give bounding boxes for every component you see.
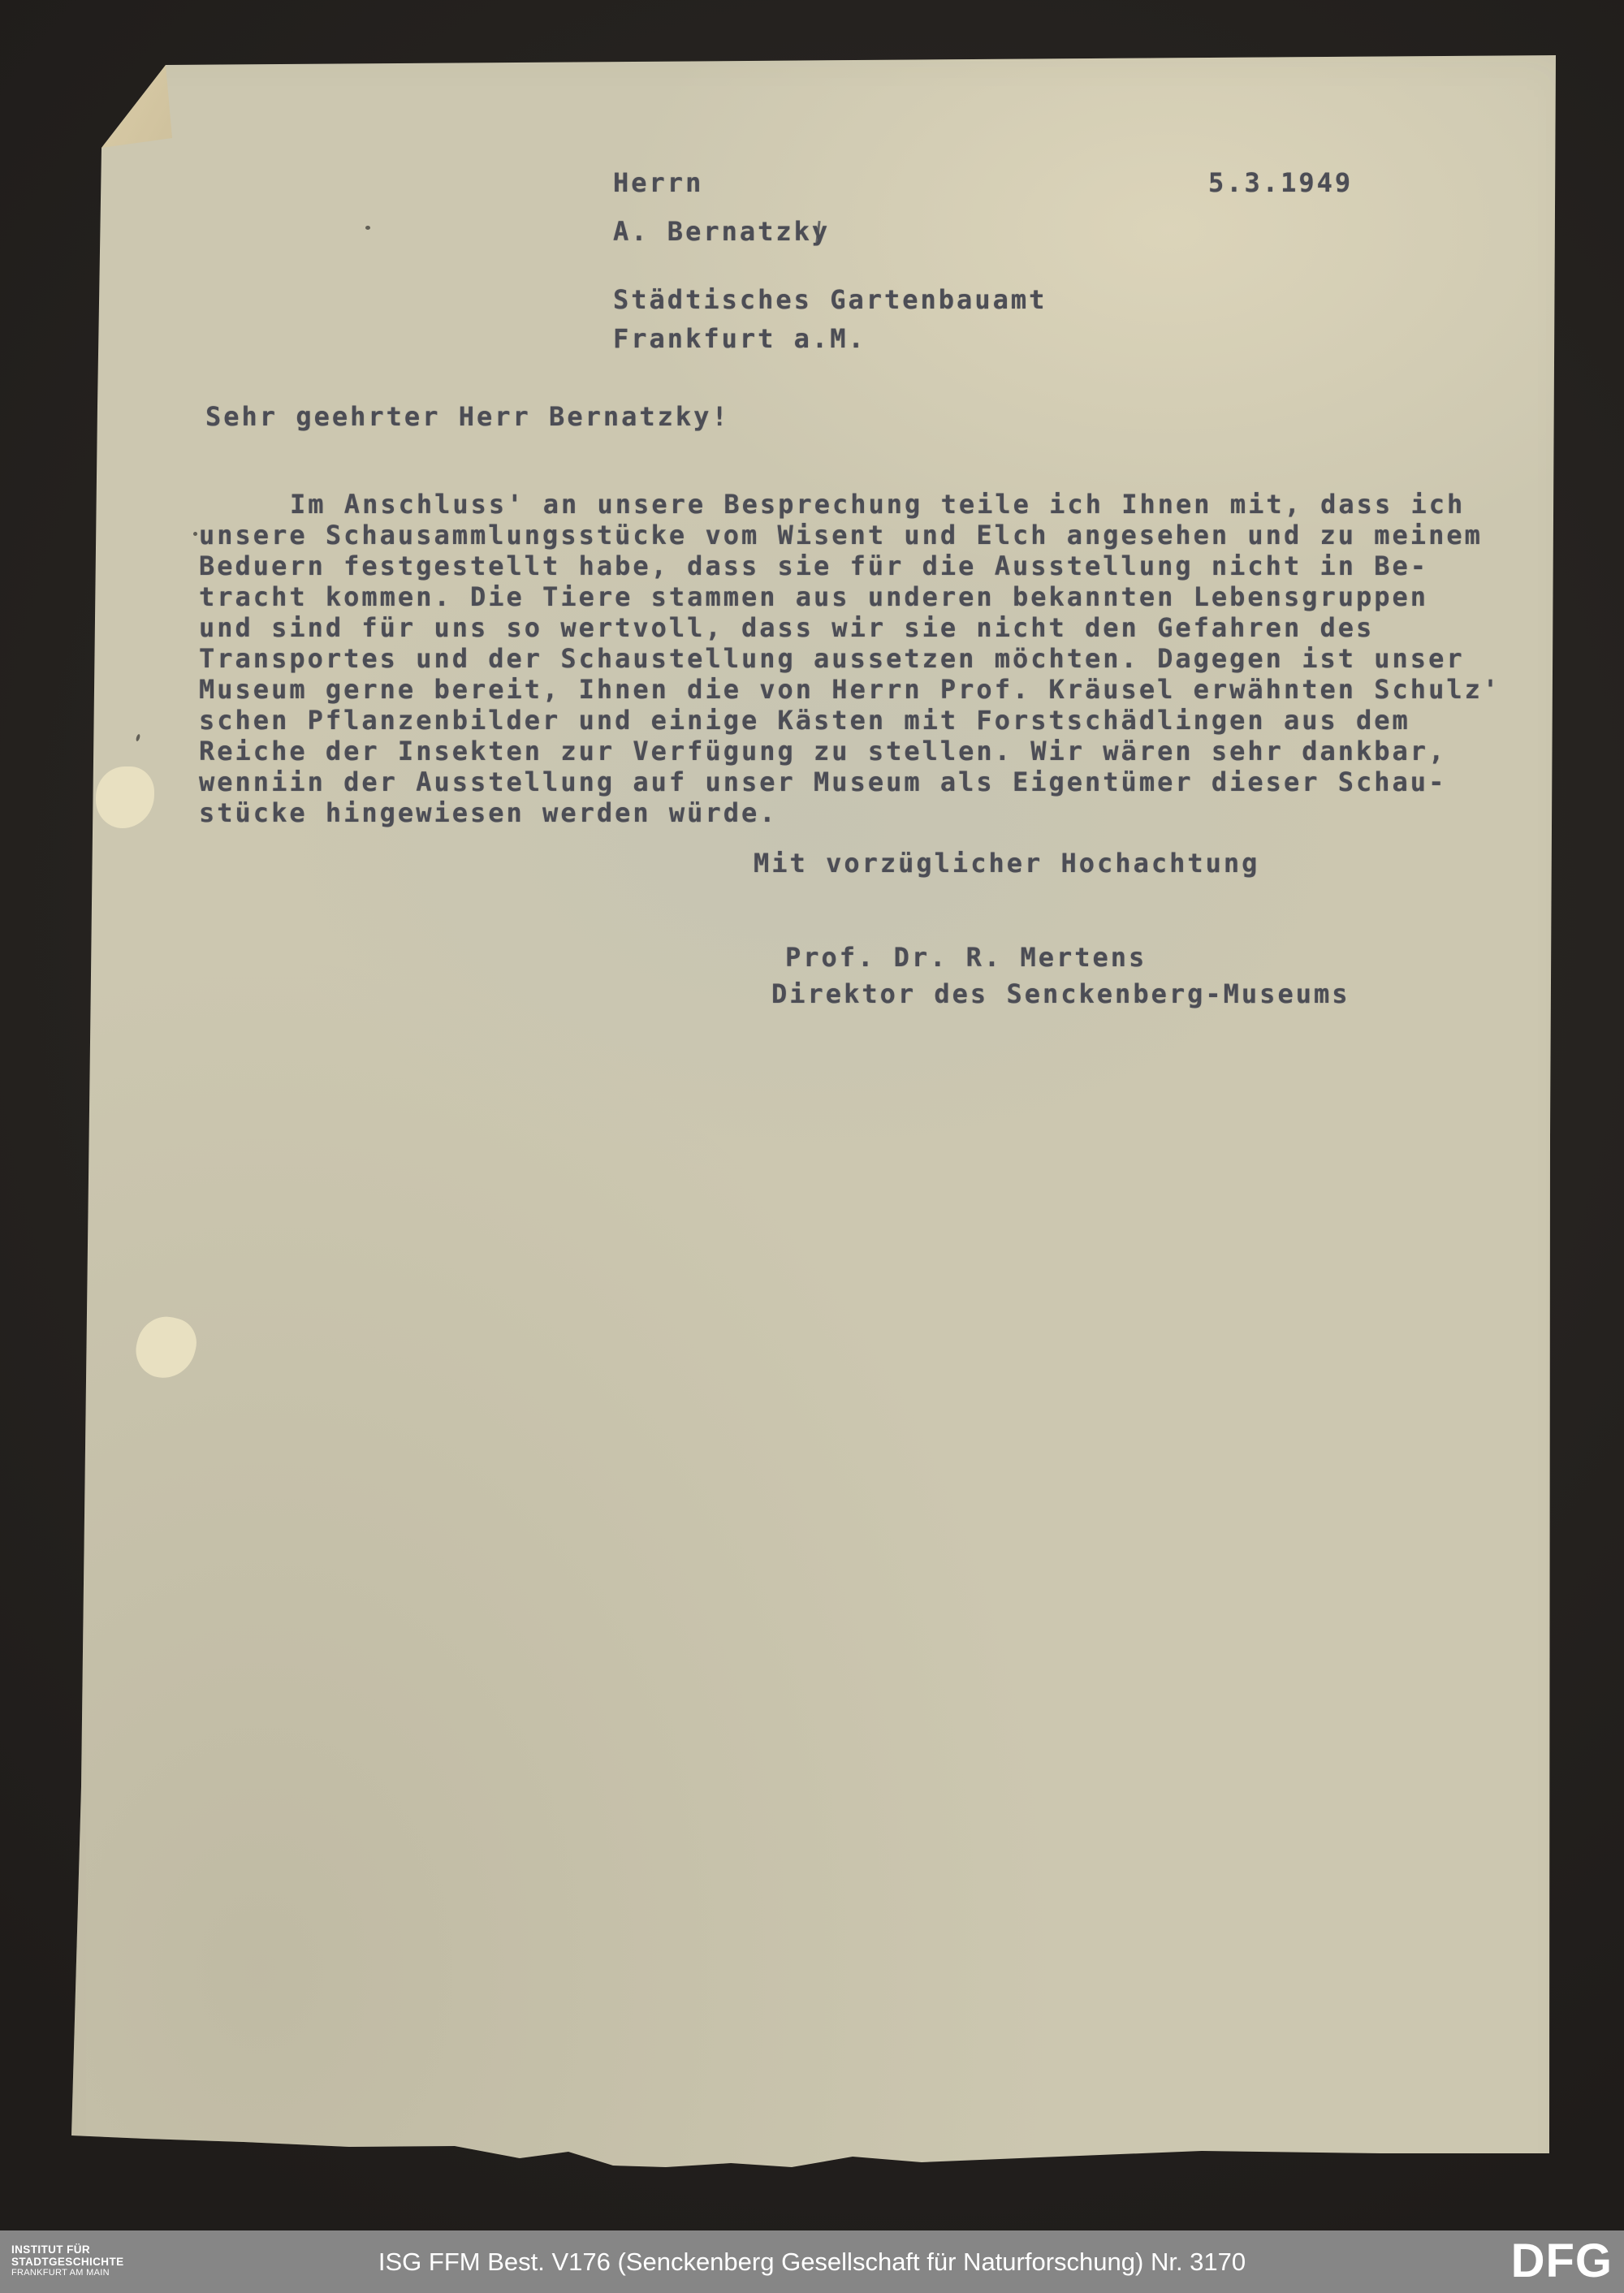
letter-body-line: wenniin der Ausstellung auf unser Museum…	[199, 766, 1501, 797]
archive-info-bar: INSTITUT FÜR STADTGESCHICHTE FRANKFURT A…	[0, 2230, 1624, 2293]
paper-speck	[136, 734, 141, 742]
folded-corner	[0, 0, 211, 195]
salutation: Sehr geehrter Herr Bernatzky!	[205, 401, 730, 432]
letter-body-line: tracht kommen. Die Tiere stammen aus und…	[199, 581, 1501, 612]
recipient-line-name: A. Bernatzky	[613, 216, 830, 247]
dfg-logo: DFG	[1511, 2234, 1613, 2288]
paper-speck	[365, 226, 370, 230]
paper-speck	[193, 532, 197, 536]
letter-body: Im Anschluss' an unsere Besprechung teil…	[199, 489, 1501, 828]
recipient-line-salutation: Herrn	[613, 167, 703, 198]
punch-hole-bottom	[141, 1315, 194, 1368]
recipient-line-city: Frankfurt a.M.	[613, 323, 866, 354]
letter-body-line: Im Anschluss' an unsere Besprechung teil…	[199, 489, 1501, 520]
archive-reference: ISG FFM Best. V176 (Senckenberg Gesellsc…	[378, 2248, 1246, 2277]
institution-line: STADTGESCHICHTE	[11, 2256, 124, 2268]
recipient-line-office: Städtisches Gartenbauamt	[613, 284, 1047, 315]
letter-body-line: stücke hingewiesen werden würde.	[199, 797, 1501, 828]
letter-date: 5.3.1949	[1208, 167, 1353, 198]
punch-hole-top	[104, 770, 148, 814]
letter-body-line: Transportes und der Schaustellung ausset…	[199, 643, 1501, 674]
letter-body-line: Reiche der Insekten zur Verfügung zu ste…	[199, 736, 1501, 766]
signature-name: Prof. Dr. R. Mertens	[785, 942, 1147, 973]
institution-line: INSTITUT FÜR	[11, 2243, 124, 2256]
closing-formula: Mit vorzüglicher Hochachtung	[754, 848, 1259, 879]
institution-line: FRANKFURT AM MAIN	[11, 2268, 124, 2278]
signature-title: Direktor des Senckenberg-Museums	[771, 978, 1350, 1009]
letter-body-line: unsere Schausammlungsstücke vom Wisent u…	[199, 520, 1501, 551]
letter-body-line: Beduern festgestellt habe, dass sie für …	[199, 551, 1501, 581]
letter-body-line: und sind für uns so wertvoll, dass wir s…	[199, 612, 1501, 643]
letter-body-line: Museum gerne bereit, Ihnen die von Herrn…	[199, 674, 1501, 705]
letter-page: Herrn A. Bernatzky Städtisches Gartenbau…	[0, 0, 1624, 2293]
institution-logo: INSTITUT FÜR STADTGESCHICHTE FRANKFURT A…	[11, 2243, 124, 2278]
letter-body-line: schen Pflanzenbilder und einige Kästen m…	[199, 705, 1501, 736]
scan-viewport: Herrn A. Bernatzky Städtisches Gartenbau…	[0, 0, 1624, 2293]
